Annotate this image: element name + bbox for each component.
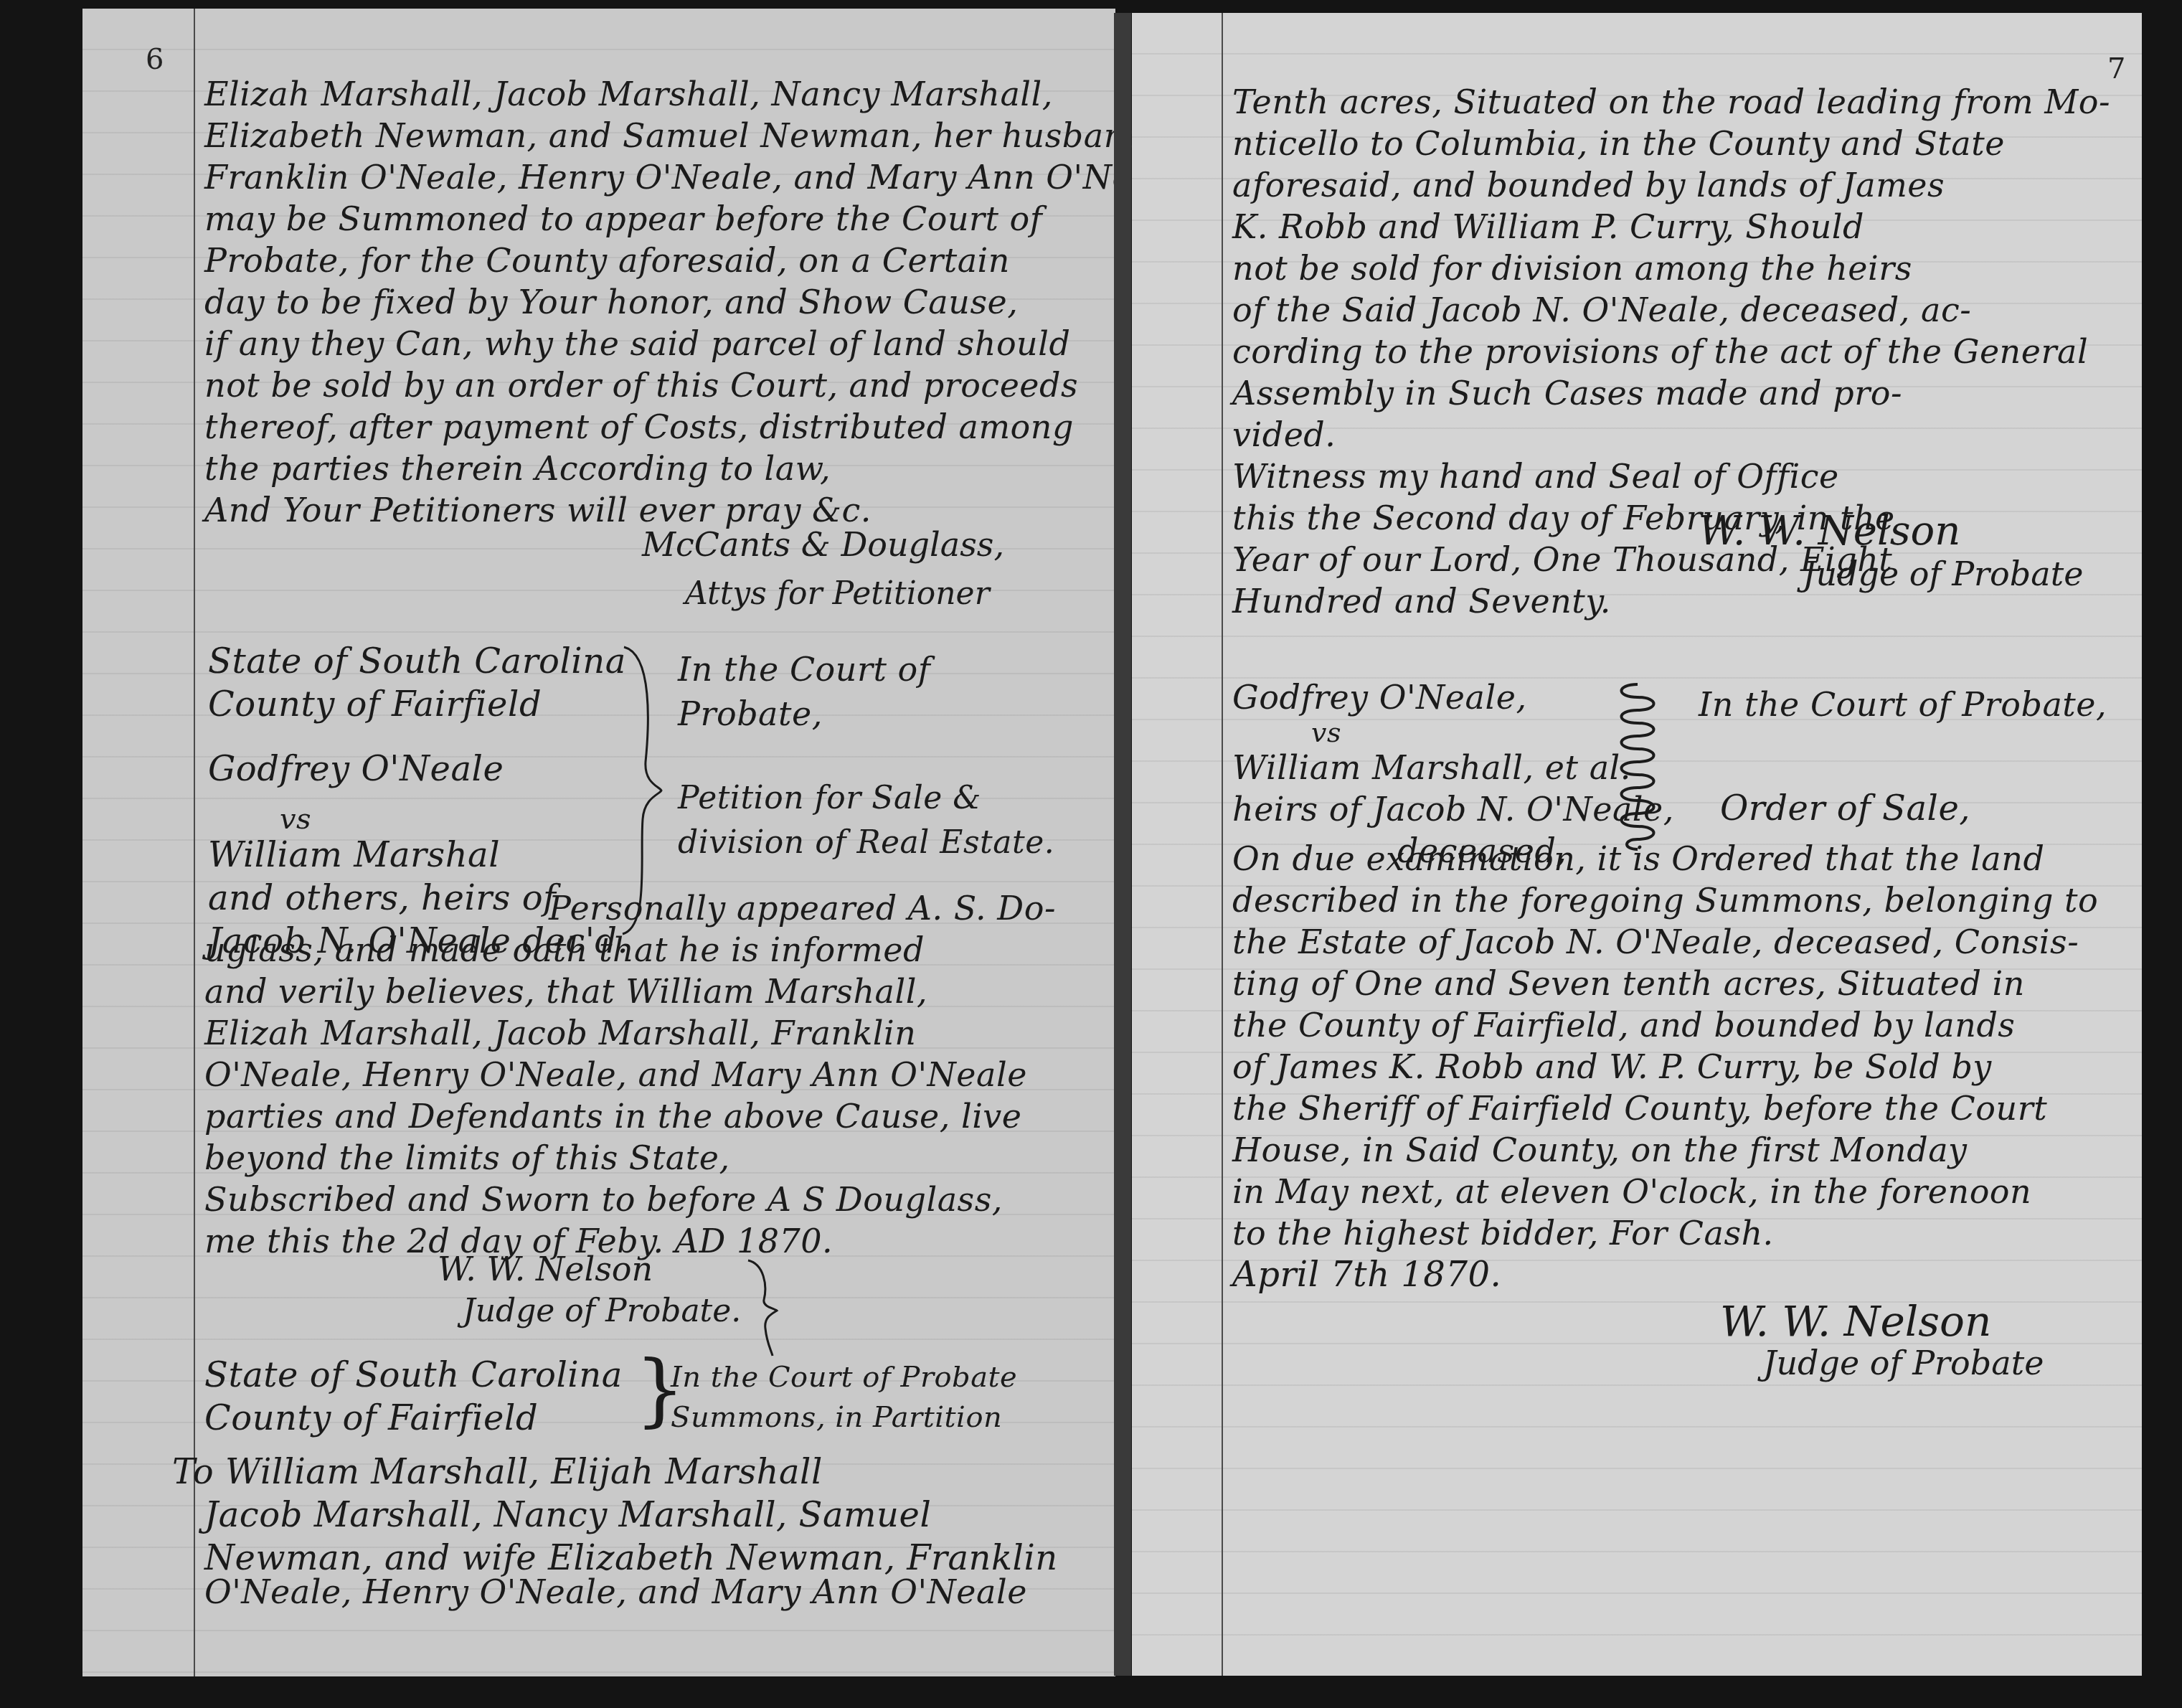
summons-addressees: To William Marshall, Elijah Marshall Jac… <box>172 1450 1058 1580</box>
text-line: uglass, and made oath that he is informe… <box>204 929 1056 971</box>
summons-body: O'Neale, Henry O'Neale, and Mary Ann O'N… <box>204 1571 1027 1613</box>
text-line: Tenth acres, Situated on the road leadin… <box>1232 81 2110 123</box>
text-line: in May next, at eleven O'clock, in the f… <box>1232 1171 2098 1212</box>
text-line: ting of One and Seven tenth acres, Situa… <box>1232 963 2098 1004</box>
caption-action: Petition for Sale & division of Real Est… <box>678 776 1094 865</box>
caption-action: Summons, in Partition <box>671 1397 1017 1438</box>
judge-signature: W. W. Nelson <box>1699 508 1960 555</box>
caption-versus: vs <box>208 798 628 834</box>
order-date: April 7th 1870. <box>1232 1254 1501 1296</box>
text-line: On due examination, it is Ordered that t… <box>1232 838 2098 879</box>
text-line: of the Said Jacob N. O'Neale, deceased, … <box>1232 289 2110 331</box>
text-line: Elizah Marshall, Jacob Marshall, Frankli… <box>204 1012 1056 1054</box>
left-page: 6 Elizah Marshall, Jacob Marshall, Nancy… <box>82 9 1115 1676</box>
attorneys-signature: McCants & Douglass, <box>642 525 1004 564</box>
text-line: to the highest bidder, For Cash. <box>1232 1212 2098 1254</box>
text-line: aforesaid, and bounded by lands of James <box>1232 164 2110 206</box>
text-line: Personally appeared A. S. Do- <box>204 887 1056 929</box>
margin-rule <box>1222 13 1223 1676</box>
caption-plaintiff: Godfrey O'Neale, <box>1232 676 1674 718</box>
curly-brace-icon <box>742 1257 785 1357</box>
text-line: Jacob Marshall, Nancy Marshall, Samuel <box>172 1494 1058 1537</box>
text-line: the parties therein According to law, <box>204 448 1183 489</box>
text-line: Assembly in Such Cases made and pro- <box>1232 372 2110 414</box>
margin-rule <box>194 9 195 1676</box>
caption-action: Order of Sale, <box>1720 788 1970 829</box>
attorneys-title: Attys for Petitioner <box>685 575 990 612</box>
text-line: O'Neale, Henry O'Neale, and Mary Ann O'N… <box>204 1571 1027 1613</box>
text-line: day to be fixed by Your honor, and Show … <box>204 281 1183 323</box>
coil-brace-icon <box>1609 680 1666 852</box>
caption-court: In the Court of Probate <box>671 1357 1017 1397</box>
caption-plaintiff: Godfrey O'Neale <box>208 747 628 798</box>
text-line: of James K. Robb and W. P. Curry, be Sol… <box>1232 1046 2098 1087</box>
text-line: vided. <box>1232 414 2110 456</box>
right-page: 7 Tenth acres, Situated on the road lead… <box>1132 13 2142 1676</box>
judge-title: Judge of Probate <box>1803 555 2083 593</box>
petition-continuation: Elizah Marshall, Jacob Marshall, Nancy M… <box>204 73 1183 531</box>
judge-title: Judge of Probate <box>1763 1344 2044 1382</box>
text-line: Elizah Marshall, Jacob Marshall, Nancy M… <box>204 73 1183 115</box>
caption-county: County of Fairfield <box>204 1397 623 1440</box>
text-line: not be sold by an order of this Court, a… <box>204 364 1183 406</box>
caption-summons-right: In the Court of Probate Summons, in Part… <box>671 1357 1017 1438</box>
judge-signature: W. W. Nelson <box>438 1250 653 1288</box>
judge-title: Judge of Probate. <box>463 1293 741 1329</box>
book-gutter <box>1114 13 1131 1676</box>
caption-state: State of South Carolina <box>204 1354 623 1397</box>
text-line: Franklin O'Neale, Henry O'Neale, and Mar… <box>204 156 1183 198</box>
text-line: Witness my hand and Seal of Office <box>1232 456 2110 497</box>
text-line: may be Summoned to appear before the Cou… <box>204 198 1183 240</box>
page-number: 6 <box>146 43 164 76</box>
affidavit: Personally appeared A. S. Do- uglass, an… <box>204 887 1056 1262</box>
text-line: the Sheriff of Fairfield County, before … <box>1232 1087 2098 1129</box>
text-line: the Estate of Jacob N. O'Neale, deceased… <box>1232 921 2098 963</box>
text-line: Elizabeth Newman, and Samuel Newman, her… <box>204 115 1183 156</box>
caption-defendant: heirs of Jacob N. O'Neale, <box>1232 788 1674 830</box>
text-line: nticello to Columbia, in the County and … <box>1232 123 2110 164</box>
text-line: thereof, after payment of Costs, distrib… <box>204 406 1183 448</box>
caption-court: In the Court of Probate, <box>1699 684 2107 725</box>
caption-defendant: William Marshal <box>208 834 628 877</box>
text-line: not be sold for division among the heirs <box>1232 247 2110 289</box>
text-line: O'Neale, Henry O'Neale, and Mary Ann O'N… <box>204 1054 1056 1095</box>
case-caption-summons: State of South Carolina County of Fairfi… <box>204 1354 623 1440</box>
caption-court: In the Court of Probate, <box>678 647 1036 736</box>
text-line: Probate, for the County aforesaid, on a … <box>204 240 1183 281</box>
text-line: To William Marshall, Elijah Marshall <box>172 1450 1058 1494</box>
text-line: cording to the provisions of the act of … <box>1232 331 2110 372</box>
text-line: Subscribed and Sworn to before A S Dougl… <box>204 1179 1056 1220</box>
caption-versus: vs <box>1232 718 1674 747</box>
text-line: if any they Can, why the said parcel of … <box>204 323 1183 364</box>
order-of-sale-body: On due examination, it is Ordered that t… <box>1232 838 2098 1254</box>
caption-county: County of Fairfield <box>208 683 628 747</box>
caption-defendant: William Marshall, et al. <box>1232 747 1674 788</box>
text-line: described in the foregoing Summons, belo… <box>1232 879 2098 921</box>
text-line: House, in Said County, on the first Mond… <box>1232 1129 2098 1171</box>
judge-signature: W. W. Nelson <box>1720 1297 1991 1346</box>
text-line: and verily believes, that William Marsha… <box>204 971 1056 1012</box>
caption-state: State of South Carolina <box>208 640 628 683</box>
text-line: this the Second day of February, in the <box>1232 497 2110 539</box>
text-line: K. Robb and William P. Curry, Should <box>1232 206 2110 247</box>
summons-continuation: Tenth acres, Situated on the road leadin… <box>1232 81 2110 622</box>
curly-brace-icon: } <box>635 1350 685 1429</box>
text-line: the County of Fairfield, and bounded by … <box>1232 1004 2098 1046</box>
text-line: beyond the limits of this State, <box>204 1137 1056 1179</box>
text-line: parties and Defendants in the above Caus… <box>204 1095 1056 1137</box>
